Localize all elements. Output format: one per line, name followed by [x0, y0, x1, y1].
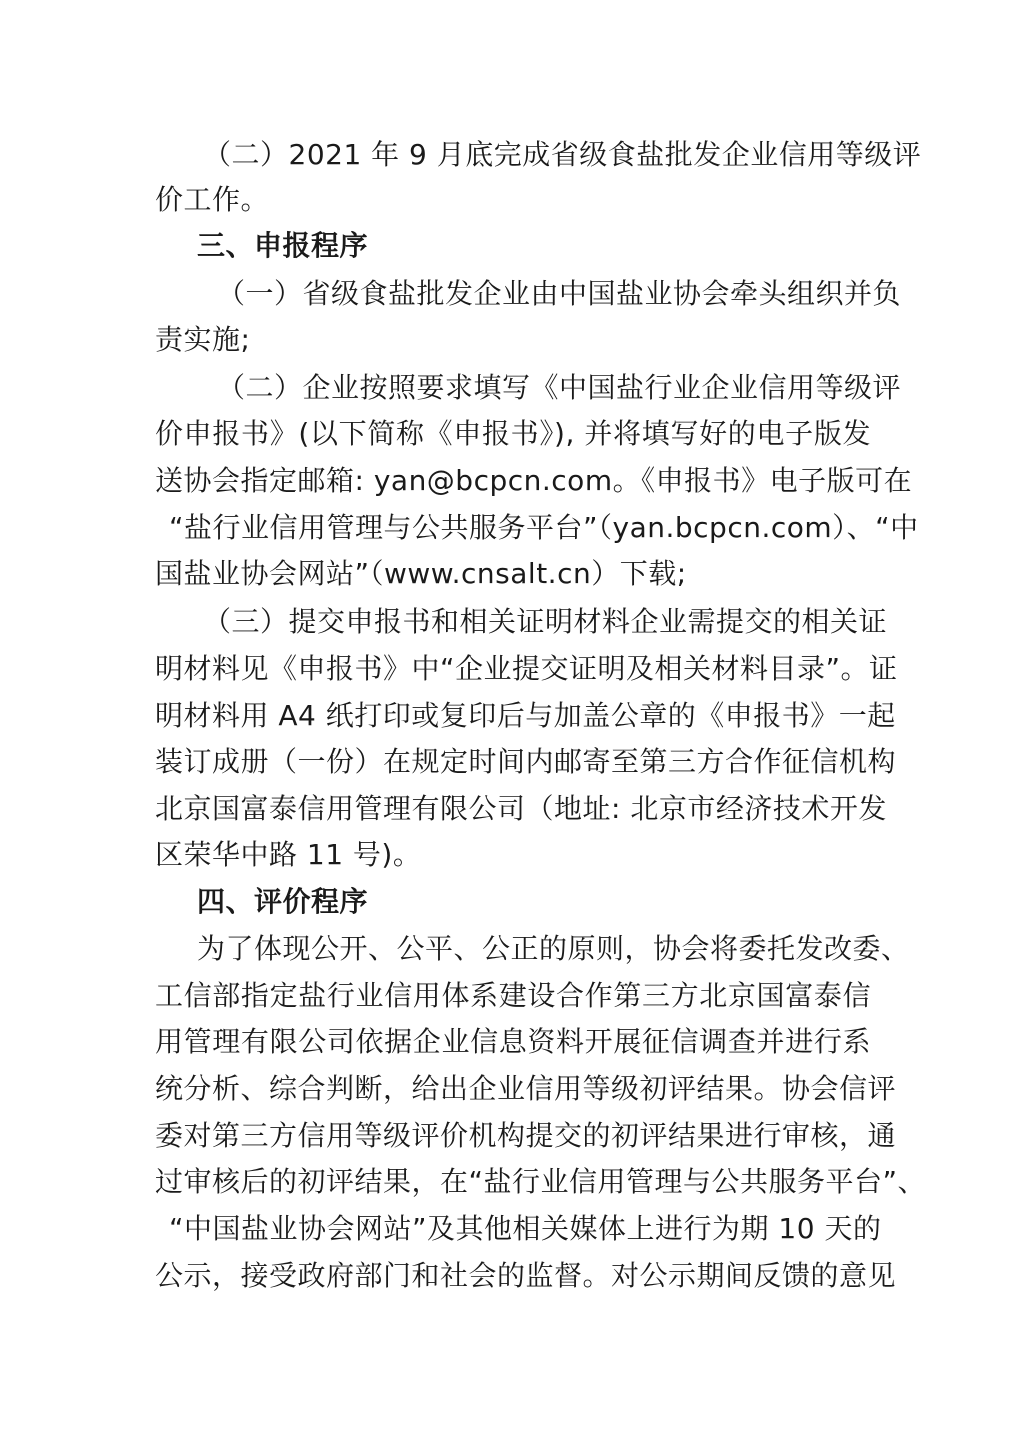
paragraph-line: 北京国富泰信用管理有限公司（地址: 北京市经济技术开发 — [155, 789, 871, 829]
paragraph-line: （三）提交申报书和相关证明材料企业需提交的相关证 — [203, 602, 867, 642]
section-heading: 四、评价程序 — [197, 882, 368, 922]
paragraph-line: 价工作。 — [155, 180, 871, 220]
section-heading: 三、申报程序 — [197, 226, 368, 266]
paragraph-line: 公示，接受政府部门和社会的监督。对公示期间反馈的意见 — [155, 1256, 871, 1296]
paragraph-line: 责实施; — [155, 320, 871, 360]
paragraph-line: （一）省级食盐批发企业由中国盐业协会牵头组织并负 — [217, 274, 867, 314]
paragraph-line: “盐行业信用管理与公共服务平台”（yan.bcpcn.com）、“中 — [169, 508, 871, 548]
paragraph-line: 用管理有限公司依据企业信息资料开展征信调查并进行系 — [155, 1022, 871, 1062]
paragraph-line: （二）2021 年 9 月底完成省级食盐批发企业信用等级评 — [203, 135, 867, 175]
paragraph-line: 统分析、综合判断，给出企业信用等级初评结果。协会信评 — [155, 1069, 871, 1109]
paragraph-line: 明材料用 A4 纸打印或复印后与加盖公章的《申报书》一起 — [155, 696, 871, 736]
paragraph-line: 为了体现公开、公平、公正的原则，协会将委托发改委、 — [197, 929, 867, 969]
paragraph-line: （二）企业按照要求填写《中国盐行业企业信用等级评 — [217, 368, 867, 408]
paragraph-line: 送协会指定邮箱: yan@bcpcn.com。《申报书》电子版可在 — [155, 461, 871, 501]
paragraph-line: 工信部指定盐行业信用体系建设合作第三方北京国富泰信 — [155, 976, 871, 1016]
paragraph-line: 区荣华中路 11 号)。 — [155, 835, 871, 875]
paragraph-line: 过审核后的初评结果，在“盐行业信用管理与公共服务平台”、 — [155, 1162, 881, 1202]
paragraph-line: 国盐业协会网站”（www.cnsalt.cn）下载; — [155, 554, 871, 594]
document-page: （二）2021 年 9 月底完成省级食盐批发企业信用等级评 价工作。 三、申报程… — [0, 0, 1024, 1448]
paragraph-line: 价申报书》(以下简称《申报书》), 并将填写好的电子版发 — [155, 414, 871, 454]
paragraph-line: 装订成册（一份）在规定时间内邮寄至第三方合作征信机构 — [155, 742, 871, 782]
paragraph-line: “中国盐业协会网站”及其他相关媒体上进行为期 10 天的 — [169, 1209, 867, 1249]
paragraph-line: 明材料见《申报书》中“企业提交证明及相关材料目录”。证 — [155, 649, 871, 689]
paragraph-line: 委对第三方信用等级评价机构提交的初评结果进行审核，通 — [155, 1116, 871, 1156]
